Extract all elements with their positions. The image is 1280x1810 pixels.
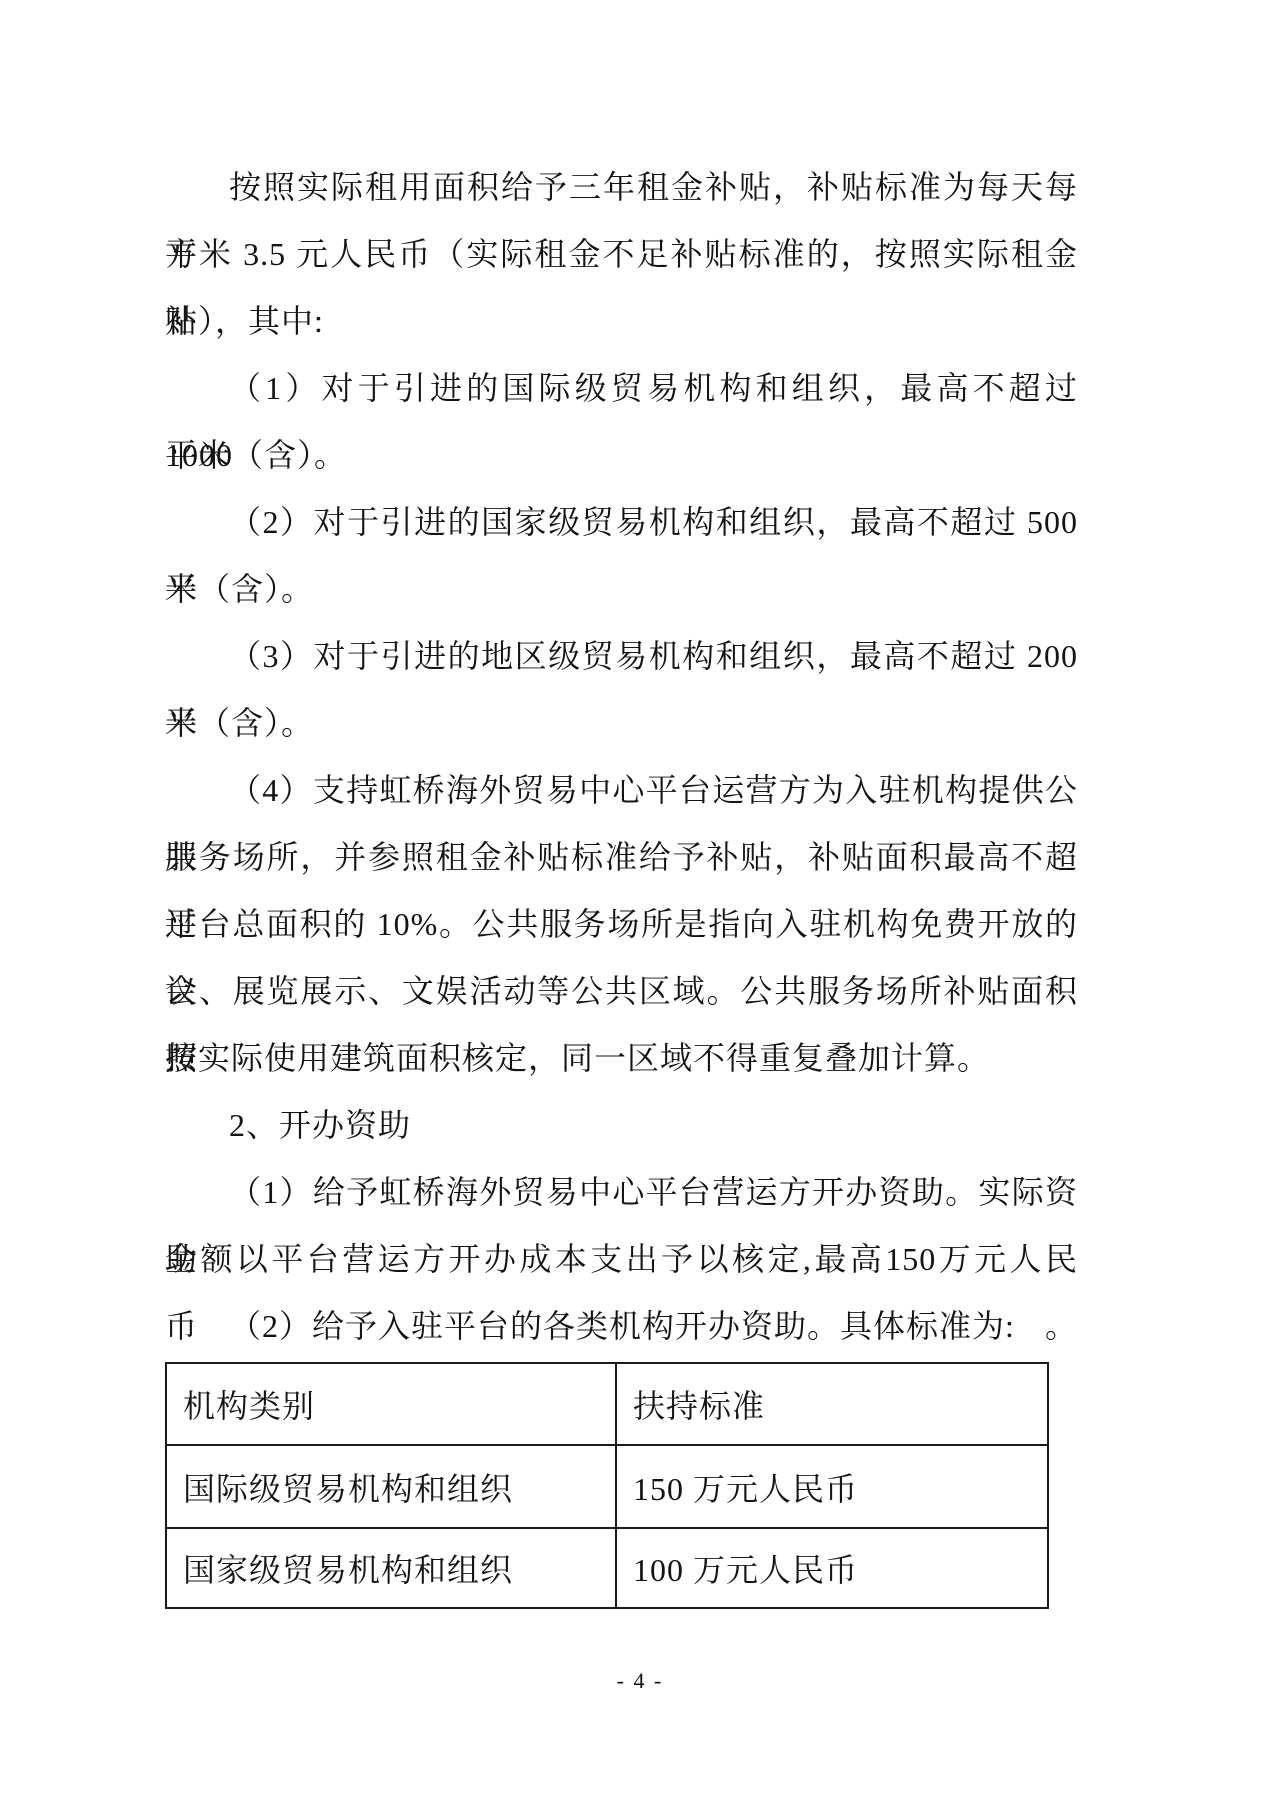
- table-cell-standard: 100 万元人民币: [616, 1528, 1048, 1608]
- text-line: 照实际使用建筑面积核定，同一区域不得重复叠加计算。: [165, 1025, 1078, 1092]
- subsidy-table: 机构类别 扶持标准 国际级贸易机构和组织 150 万元人民币 国家级贸易机构和组…: [165, 1362, 1049, 1609]
- table-cell-category: 国家级贸易机构和组织: [166, 1528, 616, 1608]
- text-line: （1）对于引进的国际级贸易机构和组织，最高不超过 1000: [165, 355, 1078, 422]
- table-row: 国家级贸易机构和组织 100 万元人民币: [166, 1528, 1048, 1608]
- text-line: 方米 3.5 元人民币（实际租金不足补贴标准的，按照实际租金补: [165, 221, 1078, 288]
- table-cell-category: 国际级贸易机构和组织: [166, 1445, 616, 1528]
- text-line: （3）对于引进的地区级贸易机构和组织，最高不超过 200 平: [165, 623, 1078, 690]
- section-heading: 2、开办资助: [165, 1092, 1078, 1159]
- document-body: 按照实际租用面积给予三年租金补贴，补贴标准为每天每平 方米 3.5 元人民币（实…: [165, 154, 1078, 1360]
- text-line: （2）给予入驻平台的各类机构开办资助。具体标准为:: [165, 1293, 1078, 1360]
- table-header-row: 机构类别 扶持标准: [166, 1363, 1048, 1445]
- text-line: 按照实际租用面积给予三年租金补贴，补贴标准为每天每平: [165, 154, 1078, 221]
- text-line: （4）支持虹桥海外贸易中心平台运营方为入驻机构提供公共: [165, 757, 1078, 824]
- table-cell-standard: 150 万元人民币: [616, 1445, 1048, 1528]
- text-line: 贴），其中:: [165, 288, 1078, 355]
- document-page: 按照实际租用面积给予三年租金补贴，补贴标准为每天每平 方米 3.5 元人民币（实…: [0, 0, 1280, 1810]
- table-row: 国际级贸易机构和组织 150 万元人民币: [166, 1445, 1048, 1528]
- table-header-category: 机构类别: [166, 1363, 616, 1445]
- text-line: 米（含）。: [165, 690, 1078, 757]
- text-line: 金额以平台营运方开办成本支出予以核定,最高150万元人民币。: [165, 1226, 1078, 1293]
- text-line: （2）对于引进的国家级贸易机构和组织，最高不超过 500 平: [165, 489, 1078, 556]
- page-number: - 4 -: [617, 1668, 664, 1693]
- table-header-standard: 扶持标准: [616, 1363, 1048, 1445]
- text-line: 平米（含）。: [165, 422, 1078, 489]
- text-line: 服务场所，并参照租金补贴标准给予补贴，补贴面积最高不超过: [165, 824, 1078, 891]
- text-line: 议、展览展示、文娱活动等公共区域。公共服务场所补贴面积按: [165, 958, 1078, 1025]
- text-line: 平台总面积的 10%。公共服务场所是指向入驻机构免费开放的会: [165, 891, 1078, 958]
- text-line: （1）给予虹桥海外贸易中心平台营运方开办资助。实际资助: [165, 1159, 1078, 1226]
- page-footer: - 4 -: [0, 1668, 1280, 1694]
- text-line: 米（含）。: [165, 556, 1078, 623]
